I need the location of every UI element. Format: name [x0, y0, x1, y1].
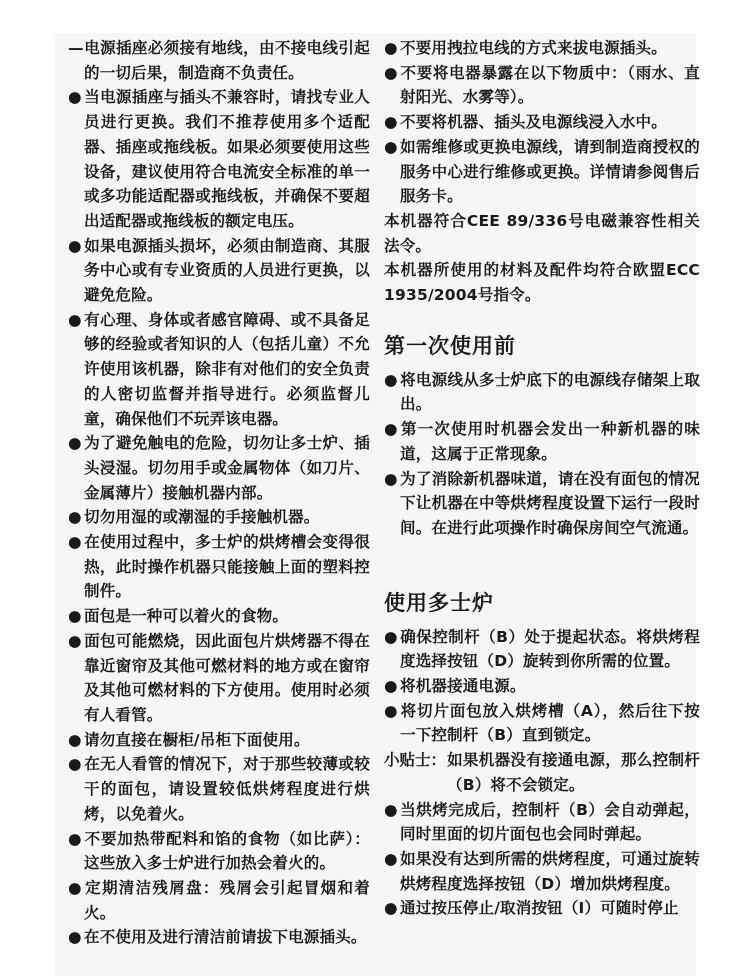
list-item-text: 将电源线从多士炉底下的电源线存储架上取出。: [400, 371, 700, 414]
list-item: ●通过按压停止/取消按钮（I）可随时停止: [384, 896, 700, 921]
compliance-paragraphs: 本机器符合CEE 89/336号电磁兼容性相关法令。本机器所使用的材料及配件均符…: [384, 209, 700, 308]
bullet-marker: ●: [384, 467, 400, 492]
list-item-text: 面包是一种可以着火的食物。: [84, 607, 288, 625]
list-item-text: 在无人看管的情况下，对于那些较薄或较干的面包，请设置较低烘烤程度进行烘烤，以免着…: [84, 755, 370, 822]
bullet-marker: ●: [68, 530, 84, 555]
list-item: ●不要用拽拉电线的方式来拔电源插头。: [384, 36, 700, 61]
list-item: ●如果电源插头损坏，必须由制造商、其服务中心或有专业资质的人员进行更换，以避免危…: [68, 234, 370, 308]
right-column: ●不要用拽拉电线的方式来拔电源插头。●不要将电器暴露在以下物质中：（雨水、直射阳…: [384, 36, 700, 921]
list-item-text: 第一次使用时机器会发出一种新机器的味道，这属于正常现象。: [400, 420, 700, 463]
bullet-marker: ●: [68, 308, 84, 333]
list-item: ●不要将电器暴露在以下物质中：（雨水、直射阳光、水雾等）。: [384, 61, 700, 110]
list-item-text: 当电源插座与插头不兼容时，请找专业人员进行更换。我们不推荐使用多个适配器、插座或…: [84, 88, 370, 230]
bullet-marker: ●: [384, 674, 400, 699]
list-item-text: 如果机器没有接通电源，那么控制杆（B）将不会锁定。: [447, 751, 700, 794]
list-item-text: 面包可能燃烧，因此面包片烘烤器不得在靠近窗帘及其他可燃材料的地方或在窗帘及其他可…: [84, 632, 370, 724]
compliance-paragraph: 本机器符合CEE 89/336号电磁兼容性相关法令。: [384, 209, 700, 258]
list-item: ●有心理、身体或者感官障碍、或不具备足够的经验或者知识的人（包括儿童）不允许使用…: [68, 308, 370, 432]
list-item: ●将机器接通电源。: [384, 674, 700, 699]
bullet-marker: ●: [384, 417, 400, 442]
list-item: ●将电源线从多士炉底下的电源线存储架上取出。: [384, 368, 700, 417]
list-item: ●在无人看管的情况下，对于那些较薄或较干的面包，请设置较低烘烤程度进行烘烤，以免…: [68, 752, 370, 826]
list-item-text: 为了消除新机器味道，请在没有面包的情况下让机器在中等烘烤程度设置下运行一段时间。…: [400, 470, 700, 537]
list-item-text: 不要将电器暴露在以下物质中：（雨水、直射阳光、水雾等）。: [400, 64, 700, 107]
list-item-text: 定期清洁残屑盘：残屑会引起冒烟和着火。: [84, 879, 370, 922]
list-item-text: 通过按压停止/取消按钮（I）可随时停止: [400, 899, 679, 917]
list-item-text: 切勿用湿的或潮湿的手接触机器。: [84, 508, 320, 526]
list-item: ●在不使用及进行清洁前请拔下电源插头。: [68, 925, 370, 950]
list-item-text: 不要加热带配料和馅的食物（如比萨）：这些放入多士炉进行加热会着火的。: [84, 830, 370, 873]
bullet-marker: ●: [384, 625, 400, 650]
before-first-use-list: ●将电源线从多士炉底下的电源线存储架上取出。●第一次使用时机器会发出一种新机器的…: [384, 368, 700, 541]
bullet-marker: ●: [68, 604, 84, 629]
list-item: ●面包是一种可以着火的食物。: [68, 604, 370, 629]
list-item: ●第一次使用时机器会发出一种新机器的味道，这属于正常现象。: [384, 417, 700, 466]
compliance-paragraph: 本机器所使用的材料及配件均符合欧盟ECC 1935/2004号指令。: [384, 258, 700, 307]
bullet-marker: —: [68, 36, 84, 61]
using-toaster-list: ●确保控制杆（B）处于提起状态。将烘烤程度选择按钮（D）旋转到你所需的位置。●将…: [384, 625, 700, 921]
list-item: ●当烘烤完成后，控制杆（B）会自动弹起，同时里面的切片面包也会同时弹起。: [384, 798, 700, 847]
list-item: ●为了消除新机器味道，请在没有面包的情况下让机器在中等烘烤程度设置下运行一段时间…: [384, 467, 700, 541]
bullet-marker: ●: [68, 85, 84, 110]
list-item-text: 有心理、身体或者感官障碍、或不具备足够的经验或者知识的人（包括儿童）不允许使用该…: [84, 311, 370, 428]
list-item: ●切勿用湿的或潮湿的手接触机器。: [68, 505, 370, 530]
list-item: ●在使用过程中，多士炉的烘烤槽会变得很热，此时操作机器只能接触上面的塑料控制件。: [68, 530, 370, 604]
list-item-text: 如需维修或更换电源线，请到制造商授权的服务中心进行维修或更换。详情请参阅售后服务…: [400, 138, 700, 205]
list-item: ●不要将机器、插头及电源线浸入水中。: [384, 110, 700, 135]
list-item-text: 在不使用及进行清洁前请拔下电源插头。: [84, 928, 367, 946]
bullet-marker: ●: [384, 847, 400, 872]
bullet-marker: ●: [68, 925, 84, 950]
list-item: ●定期清洁残屑盘：残屑会引起冒烟和着火。: [68, 876, 370, 925]
list-item-text: 如果没有达到所需的烘烤程度，可通过旋转烘烤程度选择按钮（D）增加烘烤程度。: [400, 850, 700, 893]
list-item: ●当电源插座与插头不兼容时，请找专业人员进行更换。我们不推荐使用多个适配器、插座…: [68, 85, 370, 233]
list-item-text: 本机器符合CEE 89/336号电磁兼容性相关法令。: [384, 212, 700, 255]
bullet-marker: ●: [68, 431, 84, 456]
list-item-text: 电源插座必须接有地线，由不接电线引起的一切后果，制造商不负责任。: [84, 39, 370, 82]
bullet-marker: 小贴士：: [384, 748, 447, 773]
bullet-marker: ●: [68, 728, 84, 753]
list-item: ●请勿直接在橱柜/吊柜下面使用。: [68, 728, 370, 753]
bullet-marker: ●: [384, 36, 400, 61]
list-item-text: 为了避免触电的危险，切勿让多士炉、插头浸湿。切勿用手或金属物体（如刀片、金属薄片…: [84, 434, 370, 501]
list-item-text: 在使用过程中，多士炉的烘烤槽会变得很热，此时操作机器只能接触上面的塑料控制件。: [84, 533, 370, 600]
list-item: ●如果没有达到所需的烘烤程度，可通过旋转烘烤程度选择按钮（D）增加烘烤程度。: [384, 847, 700, 896]
list-item: —电源插座必须接有地线，由不接电线引起的一切后果，制造商不负责任。: [68, 36, 370, 85]
bullet-marker: ●: [384, 135, 400, 160]
safety-list-right: ●不要用拽拉电线的方式来拔电源插头。●不要将电器暴露在以下物质中：（雨水、直射阳…: [384, 36, 700, 209]
list-item: ●不要加热带配料和馅的食物（如比萨）：这些放入多士炉进行加热会着火的。: [68, 827, 370, 876]
bullet-marker: ●: [68, 629, 84, 654]
bullet-marker: ●: [384, 110, 400, 135]
bullet-marker: ●: [384, 368, 400, 393]
list-item-text: 如果电源插头损坏，必须由制造商、其服务中心或有专业资质的人员进行更换，以避免危险…: [84, 237, 370, 304]
bullet-marker: ●: [68, 505, 84, 530]
section-heading-using-toaster: 使用多士炉: [384, 591, 700, 615]
bullet-marker: ●: [384, 699, 400, 724]
list-item-text: 确保控制杆（B）处于提起状态。将烘烤程度选择按钮（D）旋转到你所需的位置。: [400, 628, 700, 671]
bullet-marker: ●: [384, 798, 400, 823]
list-item-text: 不要将机器、插头及电源线浸入水中。: [400, 113, 667, 131]
list-item-text: 本机器所使用的材料及配件均符合欧盟ECC 1935/2004号指令。: [384, 261, 700, 304]
list-item-text: 当烘烤完成后，控制杆（B）会自动弹起，同时里面的切片面包也会同时弹起。: [400, 801, 700, 844]
tip-item: 小贴士：如果机器没有接通电源，那么控制杆（B）将不会锁定。: [384, 748, 700, 797]
left-column: —电源插座必须接有地线，由不接电线引起的一切后果，制造商不负责任。●当电源插座与…: [68, 36, 370, 950]
bullet-marker: ●: [68, 827, 84, 852]
safety-list-left: —电源插座必须接有地线，由不接电线引起的一切后果，制造商不负责任。●当电源插座与…: [68, 36, 370, 950]
list-item: ●将切片面包放入烘烤槽（A），然后往下按一下控制杆（B）直到锁定。: [384, 699, 700, 748]
bullet-marker: ●: [68, 234, 84, 259]
list-item-text: 请勿直接在橱柜/吊柜下面使用。: [84, 731, 310, 749]
list-item: ●面包可能燃烧，因此面包片烘烤器不得在靠近窗帘及其他可燃材料的地方或在窗帘及其他…: [68, 629, 370, 728]
bullet-marker: ●: [384, 61, 400, 86]
list-item-text: 将切片面包放入烘烤槽（A），然后往下按一下控制杆（B）直到锁定。: [400, 702, 700, 745]
list-item: ●确保控制杆（B）处于提起状态。将烘烤程度选择按钮（D）旋转到你所需的位置。: [384, 625, 700, 674]
list-item: ●如需维修或更换电源线，请到制造商授权的服务中心进行维修或更换。详情请参阅售后服…: [384, 135, 700, 209]
bullet-marker: ●: [68, 876, 84, 901]
bullet-marker: ●: [68, 752, 84, 777]
bullet-marker: ●: [384, 896, 400, 921]
section-heading-before-first-use: 第一次使用前: [384, 334, 700, 358]
list-item: ●为了避免触电的危险，切勿让多士炉、插头浸湿。切勿用手或金属物体（如刀片、金属薄…: [68, 431, 370, 505]
list-item-text: 将机器接通电源。: [400, 677, 526, 695]
list-item-text: 不要用拽拉电线的方式来拔电源插头。: [400, 39, 667, 57]
